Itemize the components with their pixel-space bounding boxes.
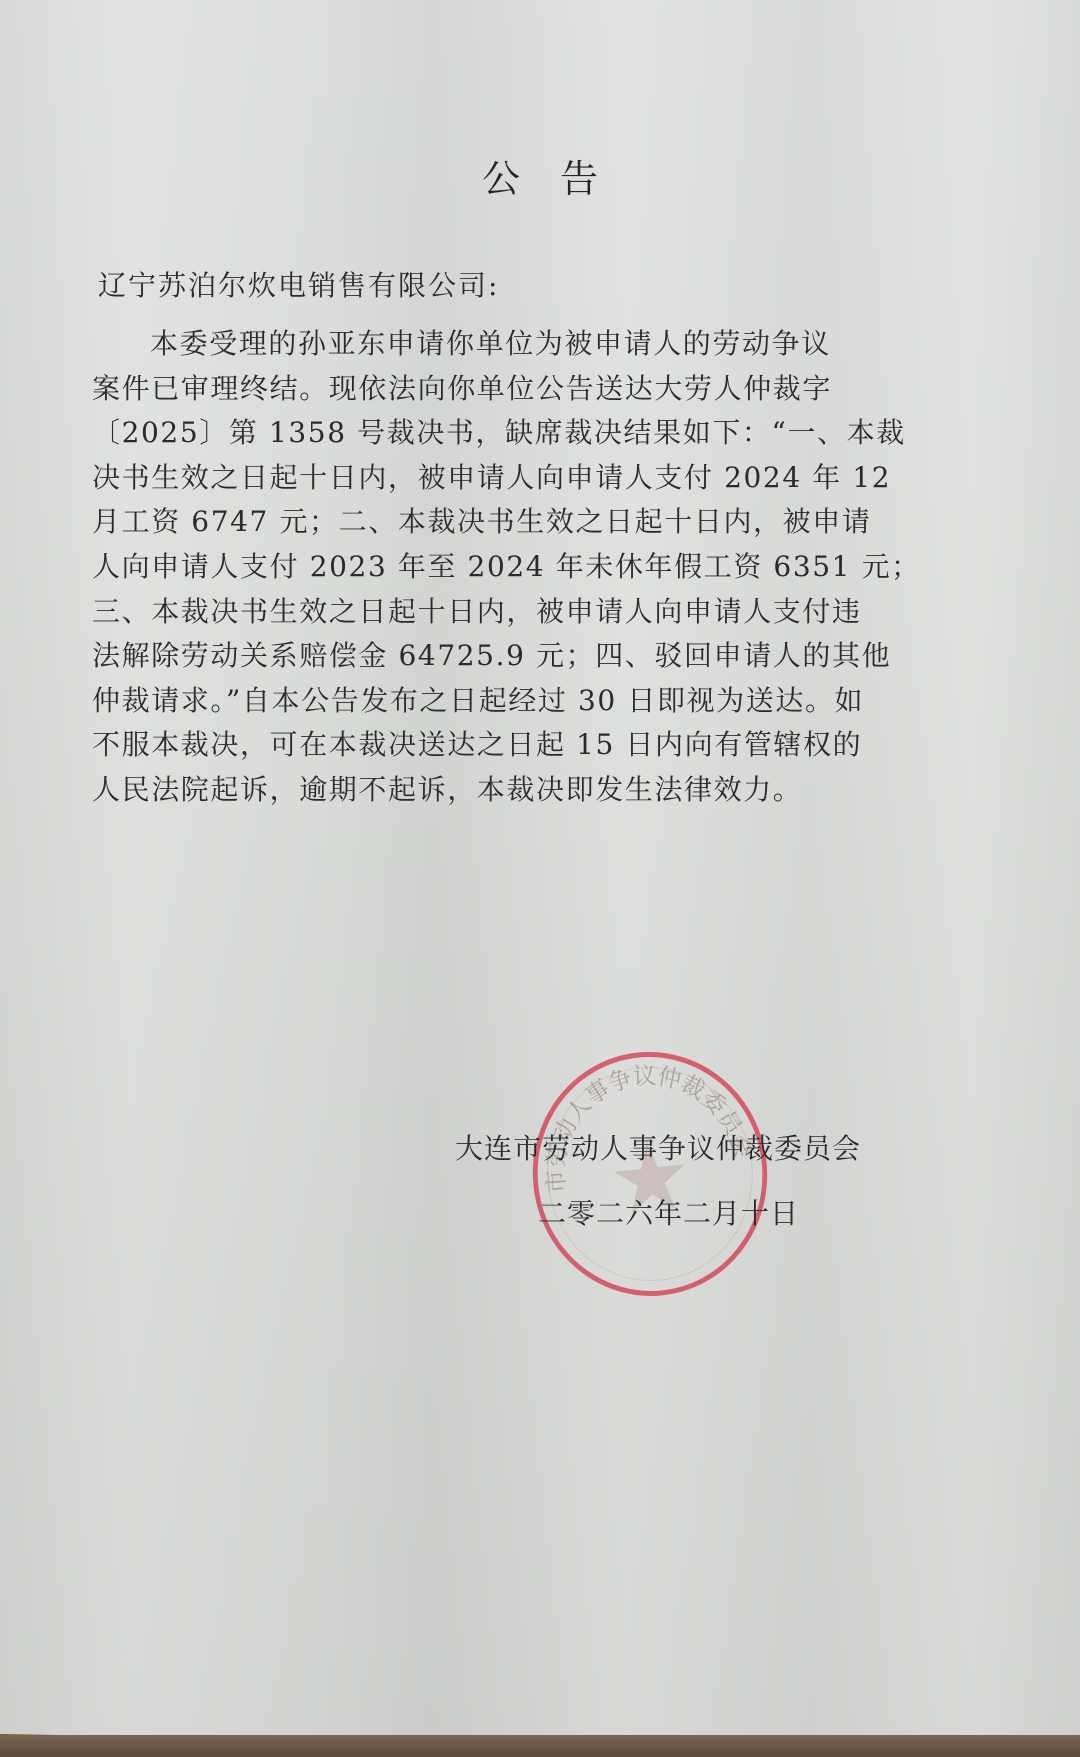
svg-text:市劳动人事争议仲裁委员会: 市劳动人事争议仲裁委员会 [531,1050,759,1195]
seal-arc-label: 市劳动人事争议仲裁委员会 [531,1050,759,1195]
issue-date: 二零二六年二月十日 [538,1192,799,1232]
body-line: 法解除劳动关系赔偿金 64725.9 元；四、驳回申请人的其他 [92,634,972,679]
seal-arc-text: 市劳动人事争议仲裁委员会 [526,1046,774,1302]
body-line: 决书生效之日起十日内，被申请人向申请人支付 2024 年 12 [92,456,972,501]
body-line: 本委受理的孙亚东申请你单位为被申请人的劳动争议 [92,322,972,367]
body-line: 月工资 6747 元；二、本裁决书生效之日起十日内，被申请 [92,500,972,545]
body-line: 〔2025〕第 1358 号裁决书，缺席裁决结果如下：“一、本裁 [92,411,972,456]
table-surface [0,1735,1080,1757]
paper-sheet: 公告 辽宁苏泊尔炊电销售有限公司: 本委受理的孙亚东申请你单位为被申请人的劳动争… [0,0,1080,1748]
body-line: 人民法院起诉，逾期不起诉，本裁决即发生法律效力。 [92,768,972,813]
notice-body: 本委受理的孙亚东申请你单位为被申请人的劳动争议 案件已审理终结。现依法向你单位公… [92,322,972,813]
body-line: 仲裁请求。”自本公告发布之日起经过 30 日即视为送达。如 [92,679,972,724]
body-line: 不服本裁决，可在本裁决送达之日起 15 日内向有管辖权的 [92,723,972,768]
issuer-signature: 大连市劳动人事争议仲裁委员会 [455,1127,861,1167]
body-line: 人向申请人支付 2023 年至 2024 年未休年假工资 6351 元； [92,545,972,590]
official-seal-stamp: ★ 市劳动人事争议仲裁委员会 [521,1040,779,1307]
body-line: 三、本裁决书生效之日起十日内，被申请人向申请人支付违 [92,590,972,635]
document-title: 公告 [0,148,1080,203]
addressee: 辽宁苏泊尔炊电销售有限公司: [98,264,499,304]
body-line: 案件已审理终结。现依法向你单位公告送达大劳人仲裁字 [92,367,972,412]
